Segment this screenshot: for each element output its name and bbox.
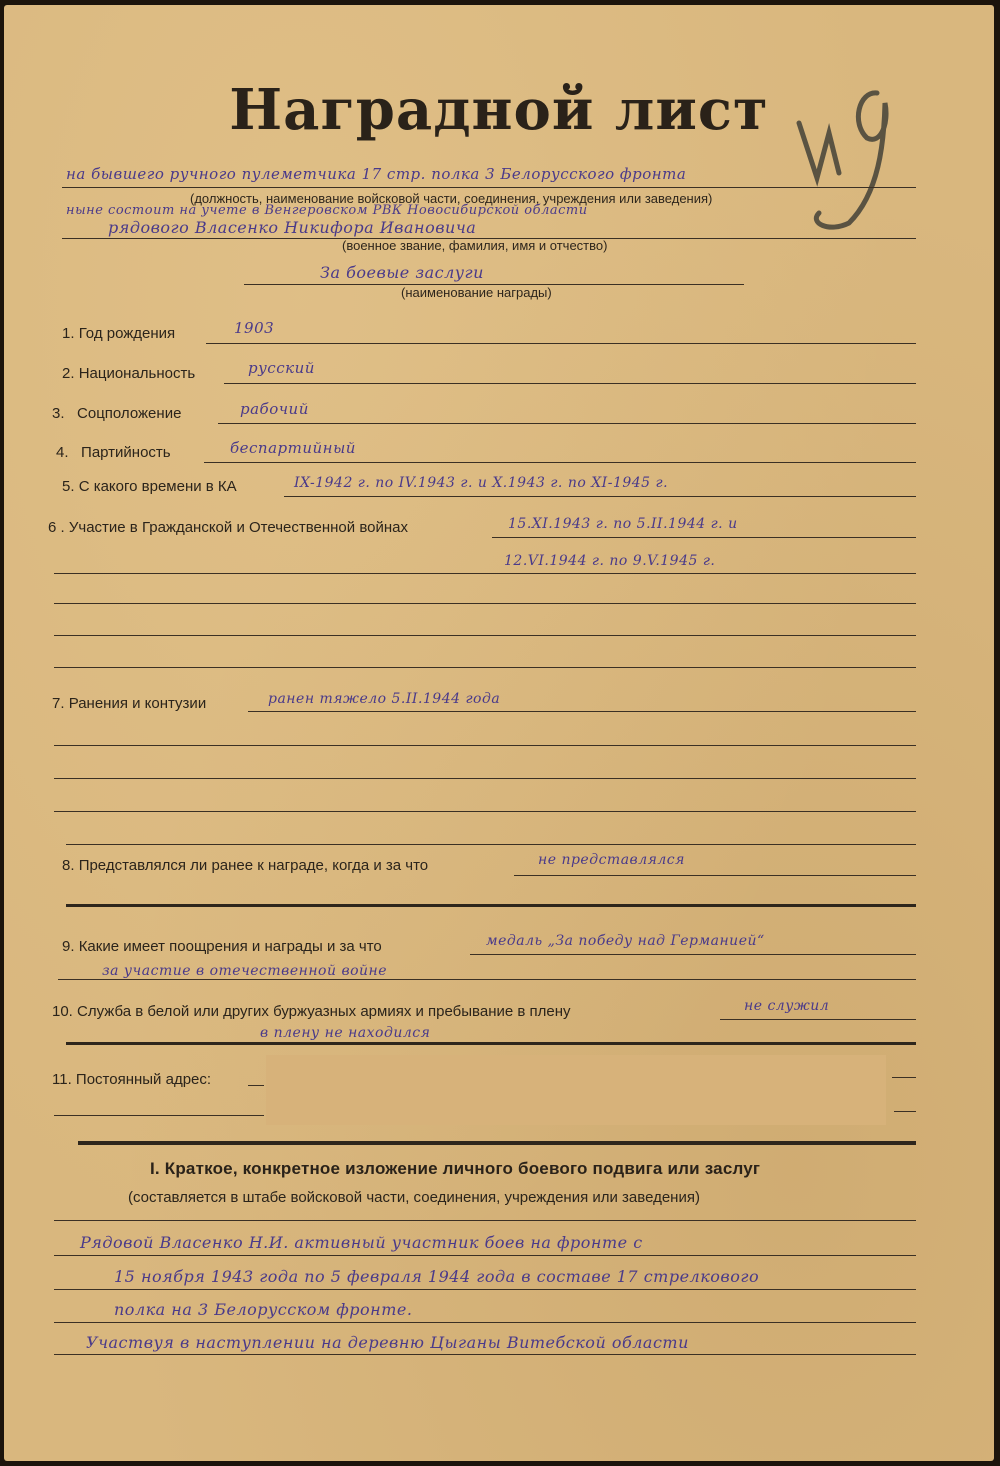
field-label-white-army: 10. Служба в белой или других буржуазных… [52,1003,571,1020]
field-label-previous-awards: 8. Представлялся ли ранее к награде, ког… [62,857,428,874]
rule [54,573,916,574]
field-value-nationality: русский [248,359,315,377]
rule [514,875,916,876]
rule [66,844,916,845]
rule [54,1220,916,1221]
rule [492,537,916,538]
field-value-commendations-2: за участие в отечественной войне [102,963,387,979]
rule [54,635,916,636]
field-label-address: 11. Постоянный адрес: [52,1071,211,1088]
pencil-number-mark-icon [789,83,919,233]
field-value-commendations: медаль „За победу над Германией“ [486,933,765,949]
rule [66,1042,916,1045]
field-value-war-participation: 15.XI.1943 г. по 5.II.1944 г. и [508,516,738,532]
rule [284,496,916,497]
rule [66,904,916,907]
award-caption: (наименование награды) [401,285,552,300]
rule [206,343,916,344]
rule [470,954,916,955]
rule [224,383,916,384]
field-label-party: 4. Партийность [56,444,171,461]
section-divider [78,1141,916,1145]
rule [54,603,916,604]
field-value-captivity: в плену не находился [260,1025,430,1041]
rule [54,1115,264,1116]
rule [54,1255,916,1256]
award-name: За боевые заслуги [320,263,484,282]
rule [248,711,916,712]
field-value-wounds: ранен тяжело 5.II.1944 года [268,691,500,707]
rule [720,1019,916,1020]
field-value-party: беспартийный [230,439,356,457]
field-value-white-army: не служил [744,998,829,1014]
field-label-birth-year: 1. Год рождения [62,325,175,342]
field-value-war-participation-2: 12.VI.1944 г. по 9.V.1945 г. [504,553,715,569]
field-label-social-status: 3. Соцположение [52,405,181,422]
narrative-line: Участвуя в наступлении на деревню Цыганы… [86,1333,689,1352]
rule [54,1289,916,1290]
rule [54,745,916,746]
field-label-service-period: 5. С какого времени в КА [62,478,237,495]
field-value-birth-year: 1903 [234,319,274,337]
field-label-commendations: 9. Какие имеет поощрения и награды и за … [62,938,382,955]
field-label-wounds: 7. Ранения и контузии [52,695,206,712]
field-label-war-participation: 6 . Участие в Гражданской и Отечественно… [48,519,408,536]
rule [892,1077,916,1078]
field-value-previous-awards: не представлялся [538,852,685,868]
rule [248,1085,264,1086]
field-label-nationality: 2. Национальность [62,365,195,382]
rule [54,811,916,812]
rule [894,1111,916,1112]
narrative-line: 15 ноября 1943 года по 5 февраля 1944 го… [114,1267,759,1286]
rule [58,979,916,980]
redacted-address-block [266,1055,886,1125]
rule [54,667,916,668]
rule [62,187,916,188]
position-line-1: на бывшего ручного пулеметчика 17 стр. п… [66,165,686,183]
narrative-line: Рядовой Власенко Н.И. активный участник … [80,1233,643,1252]
rule [54,1354,916,1355]
rule [54,1322,916,1323]
section-heading: I. Краткое, конкретное изложение личного… [150,1159,760,1179]
field-value-social-status: рабочий [240,400,309,418]
rule [218,423,916,424]
position-line-2: ныне состоит на учете в Венгеровском РВК… [66,203,588,218]
narrative-line: полка на 3 Белорусском фронте. [114,1300,412,1319]
field-value-service-period: IX-1942 г. по IV.1943 г. и X.1943 г. по … [294,475,668,491]
rule [54,778,916,779]
section-caption: (составляется в штабе войсковой части, с… [128,1189,700,1206]
rule [204,462,916,463]
name-caption: (военное звание, фамилия, имя и отчество… [342,238,607,253]
award-sheet: Наградной лист на бывшего ручного пулеме… [4,5,994,1461]
soldier-name: рядового Власенко Никифора Ивановича [108,218,476,237]
